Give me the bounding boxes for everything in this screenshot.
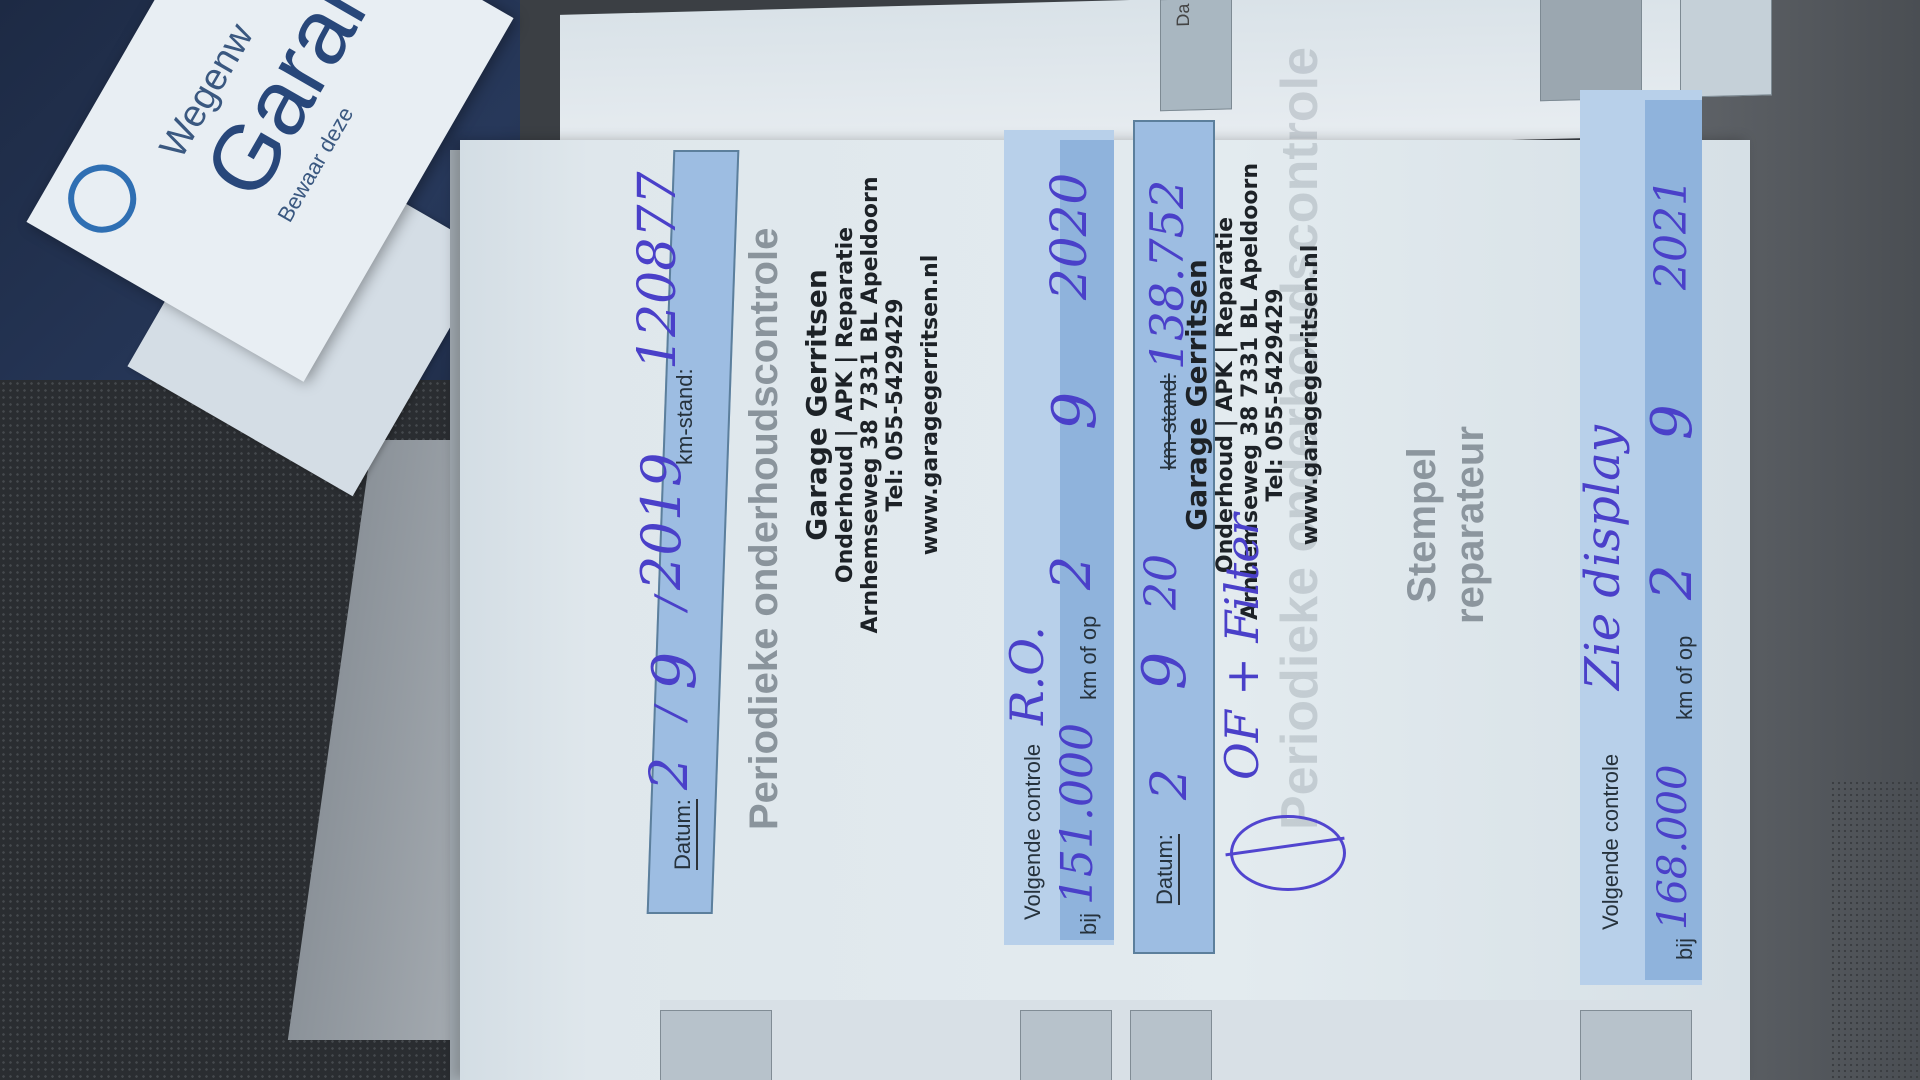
- entry1-next-label: Volgende controle: [1020, 744, 1046, 920]
- entry1-datum-day: 2: [640, 757, 700, 790]
- stamp-placeholder: Stempel reparateur: [1398, 410, 1494, 640]
- stamp-garage-name: Garage Gerritsen: [1180, 170, 1213, 620]
- entry2-next-km: 168.000: [1650, 765, 1696, 930]
- entry1-sep1: /: [648, 707, 694, 720]
- stamp-placeholder-line1: Stempel: [1398, 410, 1446, 640]
- entry2-km-of-op-label: km of op: [1672, 636, 1698, 720]
- brand-logo-icon: [56, 152, 149, 245]
- entry1-garage-stamp: Garage Gerritsen Onderhoud | APK | Repar…: [800, 170, 943, 640]
- entry1-next-month: 9: [1040, 392, 1110, 430]
- stamp-phone: Tel: 055-5429429: [883, 170, 908, 640]
- entry1-next-km: 151.000: [1052, 723, 1103, 905]
- next-page-edge: [660, 1000, 1740, 1080]
- entry1-km-of-op-label: km of op: [1076, 616, 1102, 700]
- previous-page-label: Da: [1173, 3, 1194, 27]
- entry1-datum-month: 9: [640, 652, 710, 690]
- entry2-next-day: 2: [1640, 564, 1705, 600]
- entry1-next-year: 2020: [1040, 173, 1098, 300]
- entry2-next-label: Volgende controle: [1598, 754, 1624, 930]
- entry2-bij-label: bij: [1672, 938, 1698, 960]
- entry1-next-note: R.O.: [1000, 626, 1054, 725]
- stamp-website: www.garagegerritsen.nl: [918, 170, 943, 640]
- entry2-datum-label: Datum:: [1152, 834, 1180, 905]
- entry2-work-note: OF + Filter: [1215, 514, 1269, 780]
- entry2-datum-month: 9: [1130, 652, 1200, 690]
- entry1-km-value: 120877: [628, 171, 688, 370]
- section-title: Periodieke onderhoudscontrole: [742, 228, 787, 830]
- stamp-placeholder-line2: reparateur: [1446, 410, 1494, 640]
- entry2-datum-day: 2: [1140, 768, 1198, 800]
- next-page-band: [1580, 1010, 1692, 1080]
- stamp-garage-name: Garage Gerritsen: [800, 170, 833, 640]
- next-page-band: [1130, 1010, 1212, 1080]
- stamp-services: Onderhoud | APK | Reparatie: [833, 170, 858, 640]
- previous-page-datum-band: [1160, 0, 1232, 111]
- entry1-datum-year: 2019: [630, 453, 693, 590]
- entry1-bij-label: bij: [1076, 913, 1102, 935]
- stamp-website: www.garagegerritsen.nl: [1298, 170, 1323, 620]
- entry2-next-year: 2021: [1646, 178, 1697, 290]
- entry2-km-label: km-stand:: [1156, 373, 1182, 470]
- entry2-next-note: Zie display: [1575, 425, 1631, 690]
- entry1-sep2: /: [648, 597, 694, 610]
- entry1-km-label: km-stand:: [672, 368, 698, 465]
- previous-page-band: [1680, 0, 1772, 98]
- entry1-datum-label: Datum:: [670, 799, 698, 870]
- next-page-band: [660, 1010, 772, 1080]
- stamp-address: Arnhemseweg 38 7331 BL Apeldoorn: [858, 170, 883, 640]
- previous-page-band: [1540, 0, 1642, 101]
- entry1-next-day: 2: [1040, 556, 1103, 590]
- entry2-next-month: 9: [1640, 404, 1705, 440]
- next-page-band: [1020, 1010, 1112, 1080]
